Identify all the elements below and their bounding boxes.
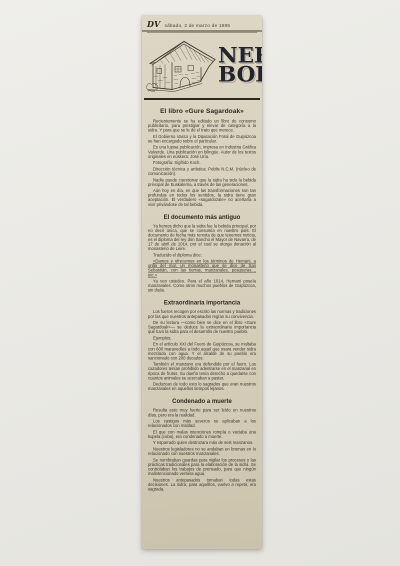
paper-header: DV sábado, 2 de marzo de 1985 bbox=[142, 16, 262, 32]
article-paragraph: El Gobierno Vasco y la Diputación Foral … bbox=[148, 134, 256, 143]
article-paragraph: Fotografía: Sigfrido Koch. bbox=[148, 161, 256, 166]
article-paragraph: Traducido el diploma dice: bbox=[148, 253, 256, 258]
article-paragraph: Es una lujosa publicación, impresa en In… bbox=[148, 145, 256, 159]
article-body: Recientemente se ha editado un libro de … bbox=[148, 119, 256, 491]
article-paragraph: Nadie puede cuestionar que la sidra ha s… bbox=[148, 178, 256, 187]
article-paragraph: También el manzano era defendido por el … bbox=[148, 362, 256, 380]
farmhouse-illustration bbox=[145, 38, 218, 94]
article-paragraph: Y esparrado quien destrozara más de seis… bbox=[148, 441, 256, 446]
section-heading: Extraordinaria importancia bbox=[148, 299, 256, 306]
article-paragraph: Los fueros recogen por escrito las norma… bbox=[148, 310, 256, 319]
article-paragraph: De su lectura —como bien se dice en el l… bbox=[148, 321, 256, 335]
issue-date: sábado, 2 de marzo de 1985 bbox=[165, 23, 231, 29]
article: El libro «Gure Sagardoak» Recientemente … bbox=[142, 107, 262, 491]
article-paragraph: Los castigos más severos se aplicaban a … bbox=[148, 419, 256, 428]
masthead: NER BOR bbox=[142, 33, 262, 97]
article-paragraph: Recientemente se ha editado un libro de … bbox=[148, 119, 256, 133]
article-paragraph: Nuestros antepasados tomaban todas estas… bbox=[148, 478, 256, 492]
article-paragraph: Resulta esto muy fuerte para ser leído e… bbox=[148, 408, 256, 417]
column-title: NER BOR bbox=[218, 47, 262, 85]
article-paragraph: Aún hoy en día, en que las transformacio… bbox=[148, 189, 256, 207]
article-paragraph: En el artículo XXI del Fuero de Guipúzco… bbox=[148, 342, 256, 360]
newspaper-clipping: DV sábado, 2 de marzo de 1985 bbox=[142, 16, 262, 549]
scan-background: DV sábado, 2 de marzo de 1985 bbox=[0, 0, 400, 566]
article-paragraph: Ya ven ustedes. Para el año 1014, Hernan… bbox=[148, 279, 256, 293]
article-paragraph: Nuestros legisladores no se andaban en b… bbox=[148, 447, 256, 456]
column-title-line2: BOR bbox=[218, 66, 262, 85]
newspaper-brand: DV bbox=[147, 20, 161, 30]
article-paragraph: Ejemplos: bbox=[148, 336, 256, 341]
article-paragraph: «Damos y ofrecemos en los términos de He… bbox=[148, 259, 256, 277]
section-heading: El documento más antiguo bbox=[148, 213, 256, 220]
article-paragraph: Deduzcan de todo esto lo sagrados que er… bbox=[148, 382, 256, 391]
masthead-rule bbox=[144, 98, 260, 100]
article-paragraph: El que con malas intenciones rompía o va… bbox=[148, 430, 256, 439]
article-paragraph: Se nombraban guardas para vigilar los pr… bbox=[148, 458, 256, 476]
article-paragraph: Dirección técnica y artística: Publis N.… bbox=[148, 167, 256, 176]
article-title: El libro «Gure Sagardoak» bbox=[148, 107, 256, 115]
article-paragraph: Ya hemos dicho que la sidra fue la bebid… bbox=[148, 224, 256, 251]
section-heading: Condenado a muerte bbox=[148, 398, 256, 405]
